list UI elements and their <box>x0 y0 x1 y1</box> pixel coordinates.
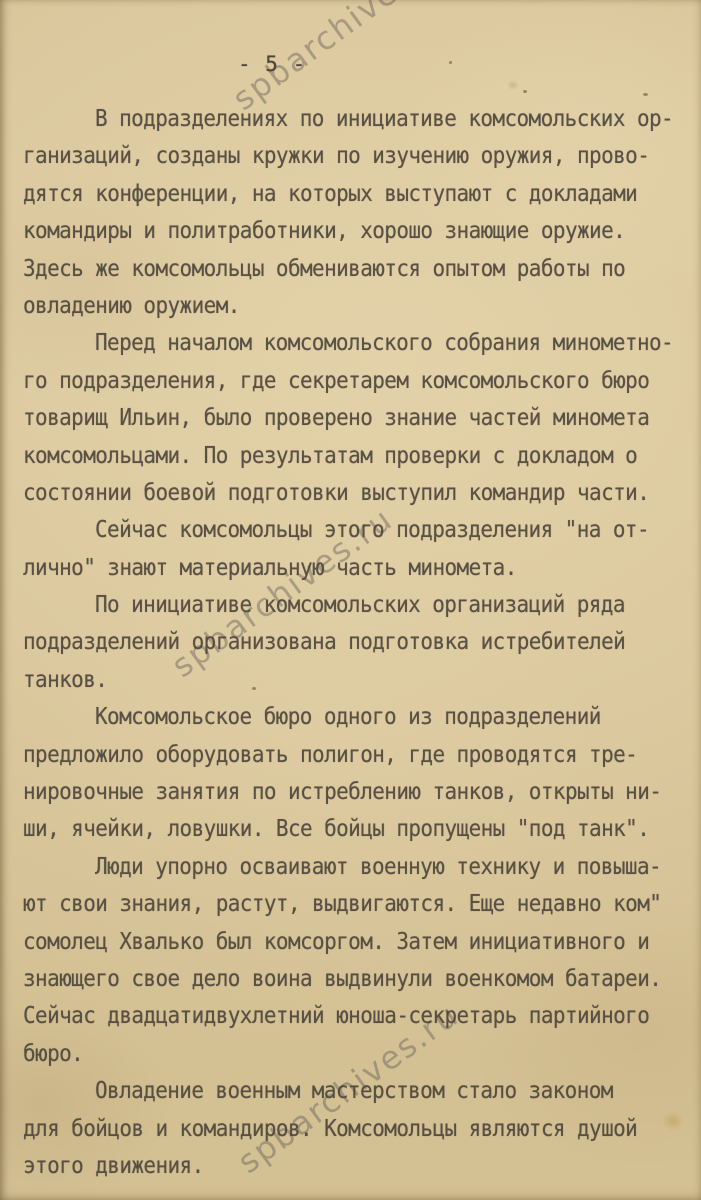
document-page: spbarchives.ru spbarchives.ru spbarchive… <box>0 0 701 1200</box>
ink-speck <box>449 61 452 64</box>
text-line: танков. <box>23 659 689 701</box>
text-line: Комсомольское бюро одного из подразделен… <box>23 696 689 738</box>
text-line: дятся конференции, на которых выступают … <box>23 173 689 215</box>
ink-speck <box>643 93 648 96</box>
text-line: товарищ Ильин, было проверено знание час… <box>23 397 689 439</box>
text-line: Овладение военным мастерством стало зако… <box>23 1070 689 1112</box>
ink-speck <box>523 90 527 93</box>
text-line: го подразделения, где секретарем комсомо… <box>23 359 689 401</box>
text-line: бюро. <box>23 1033 689 1075</box>
text-line: сомолец Хвалько был комсоргом. Затем ини… <box>23 920 689 962</box>
text-line: комсомольцами. По результатам проверки с… <box>23 434 689 476</box>
text-line: для бойцов и командиров. Комсомольцы явл… <box>23 1107 689 1149</box>
text-line: ши, ячейки, ловушки. Все бойцы пропущены… <box>23 808 689 850</box>
text-line: подразделений организована подготовка ис… <box>23 621 689 663</box>
text-line: предложило оборудовать полигон, где пров… <box>23 733 689 775</box>
document-text: В подразделениях по инициативе комсомоль… <box>23 100 689 1184</box>
text-line: лично" знают материальную часть миномета… <box>23 546 689 588</box>
text-line: Сейчас двадцатидвухлетний юноша-секретар… <box>23 995 689 1037</box>
paper-stain <box>505 78 521 92</box>
text-line: ганизаций, созданы кружки по изучению ор… <box>23 135 689 177</box>
text-line: ют свои знания, растут, выдвигаются. Еще… <box>23 883 689 925</box>
text-line: командиры и политработники, хорошо знающ… <box>23 210 689 252</box>
text-line: этого движения. <box>23 1145 689 1187</box>
text-line: овладению оружием. <box>23 285 689 327</box>
text-line: нировочные занятия по истреблению танков… <box>23 771 689 813</box>
text-line: знающего свое дело воина выдвинули военк… <box>23 958 689 1000</box>
text-line: В подразделениях по инициативе комсомоль… <box>23 98 689 140</box>
page-number: - 5 - <box>238 52 306 76</box>
text-line: Здесь же комсомольцы обмениваются опытом… <box>23 247 689 289</box>
text-line: Люди упорно осваивают военную технику и … <box>23 846 689 888</box>
text-line: Перед началом комсомольского собрания ми… <box>23 322 689 364</box>
text-line: состоянии боевой подготовки выступил ком… <box>23 472 689 514</box>
text-line: Сейчас комсомольцы этого подразделения "… <box>23 509 689 551</box>
text-line: По инициативе комсомольских организаций … <box>23 584 689 626</box>
